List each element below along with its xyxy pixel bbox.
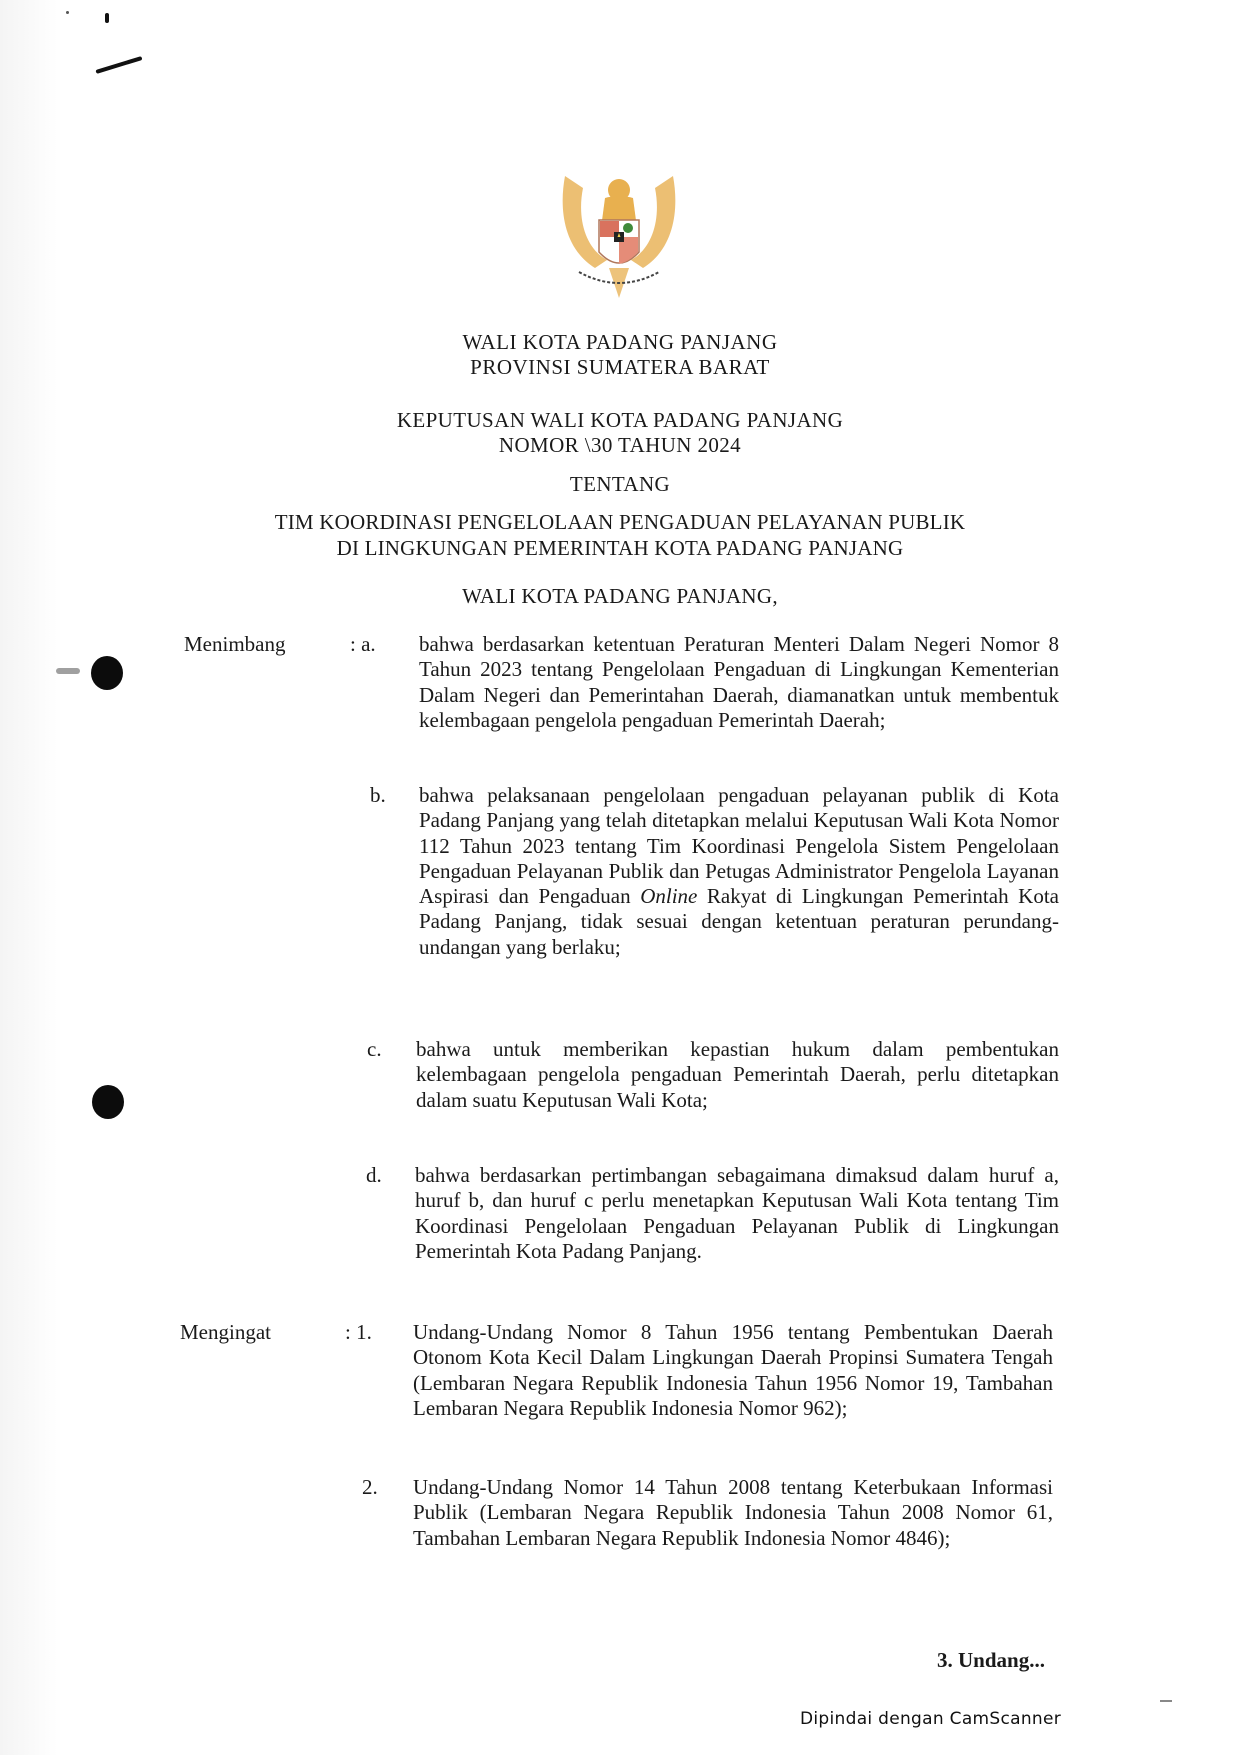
menimbang-label: Menimbang — [184, 632, 285, 657]
italic-term: Online — [640, 884, 697, 908]
decree-heading: KEPUTUSAN WALI KOTA PADANG PANJANG NOMOR… — [0, 408, 1240, 458]
decree-subject-line: TIM KOORDINASI PENGELOLAAN PENGADUAN PEL… — [0, 509, 1240, 535]
mengingat-label: Mengingat — [180, 1320, 271, 1345]
item-marker: d. — [366, 1163, 382, 1188]
mengingat-item-2: Undang-Undang Nomor 14 Tahun 2008 tentan… — [413, 1475, 1053, 1551]
decree-subject-line: DI LINGKUNGAN PEMERINTAH KOTA PADANG PAN… — [0, 535, 1240, 561]
continuation-marker: 3. Undang... — [937, 1648, 1045, 1673]
punch-hole — [92, 1085, 124, 1119]
menimbang-item-d: bahwa berdasarkan pertimbangan sebagaima… — [415, 1163, 1059, 1264]
letterhead-title: WALI KOTA PADANG PANJANG — [0, 330, 1240, 355]
mengingat-item-1: Undang-Undang Nomor 8 Tahun 1956 tentang… — [413, 1320, 1053, 1421]
letterhead: WALI KOTA PADANG PANJANG PROVINSI SUMATE… — [0, 330, 1240, 380]
scan-margin-shade — [0, 0, 58, 1755]
decree-subject: TIM KOORDINASI PENGELOLAAN PENGADUAN PEL… — [0, 509, 1240, 561]
scan-speck — [66, 11, 69, 14]
scan-smudge — [56, 668, 80, 674]
scan-mark — [105, 13, 109, 23]
decree-tentang: TENTANG — [0, 472, 1240, 497]
punch-hole — [91, 656, 123, 690]
item-marker: b. — [370, 783, 386, 808]
letterhead-province: PROVINSI SUMATERA BARAT — [0, 355, 1240, 380]
camscanner-watermark: Dipindai dengan CamScanner — [800, 1709, 1061, 1729]
menimbang-item-b: bahwa pelaksanaan pengelolaan pengaduan … — [419, 783, 1059, 960]
scan-stroke — [95, 56, 142, 74]
scan-mark — [1160, 1700, 1172, 1702]
decree-number: NOMOR \30 TAHUN 2024 — [0, 433, 1240, 458]
menimbang-item-c: bahwa untuk memberikan kepastian hukum d… — [416, 1037, 1059, 1113]
menimbang-item-a: bahwa berdasarkan ketentuan Peraturan Me… — [419, 632, 1059, 733]
decree-issuer: WALI KOTA PADANG PANJANG, — [0, 584, 1240, 609]
item-marker: c. — [367, 1037, 382, 1062]
garuda-emblem-icon — [555, 168, 683, 304]
item-marker: : a. — [350, 632, 376, 657]
item-marker: : 1. — [345, 1320, 372, 1345]
item-marker: 2. — [362, 1475, 378, 1500]
decree-title: KEPUTUSAN WALI KOTA PADANG PANJANG — [0, 408, 1240, 433]
